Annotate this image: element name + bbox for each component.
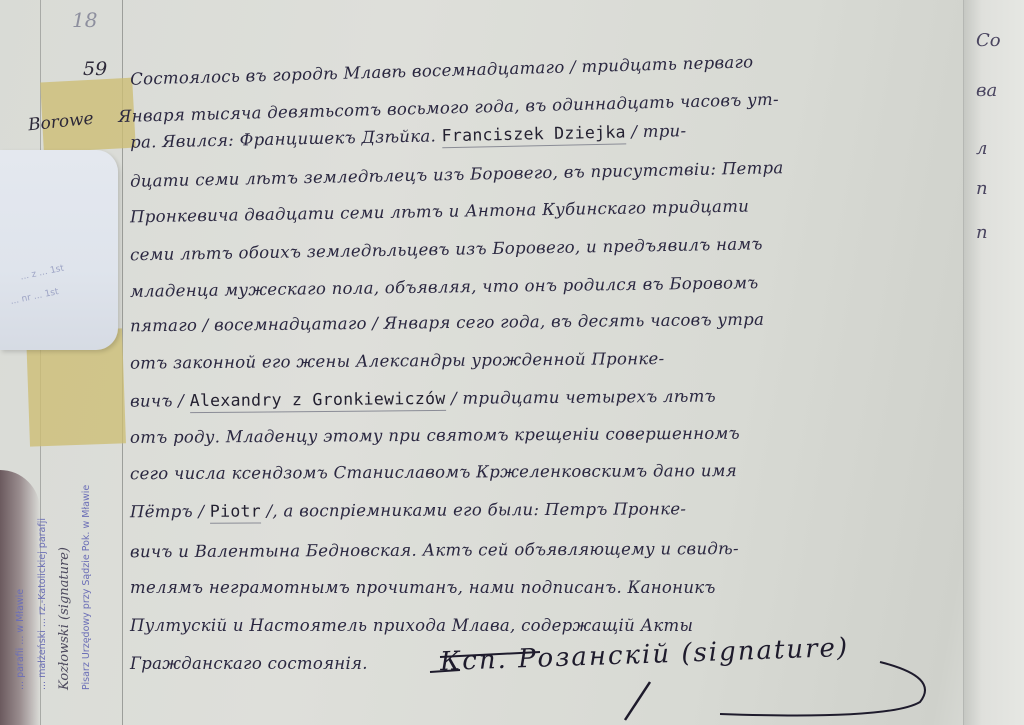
- entry-number: 59: [83, 58, 107, 80]
- official-stamp: ... parafii ... w Mławie ... małżeński .…: [10, 485, 98, 690]
- record-line: пятаго / восемнадцатаго / Января сего го…: [130, 308, 970, 336]
- facing-page-fragment: ва: [976, 80, 997, 101]
- facing-page-fragment: л: [976, 138, 987, 159]
- sticky-note-faint-text: ... nr ... 1st: [9, 287, 59, 307]
- facing-page-fragment: п: [976, 222, 988, 243]
- record-line: младенца мужескаго пола, объявляя, что о…: [130, 270, 970, 301]
- stamp-signature: Kozłowski (signature): [54, 485, 76, 690]
- record-line: отъ роду. Младенцу этому при святомъ кре…: [130, 422, 970, 447]
- facing-page-fragment: п: [976, 178, 988, 199]
- polish-name-gloss: Franciszek Dziejka: [441, 122, 626, 148]
- record-line: вичъ / Alexandry z Gronkiewiczów / тридц…: [130, 384, 970, 410]
- sticky-note: ... z ... 1st ... nr ... 1st: [0, 150, 118, 350]
- polish-name-gloss: Piotr: [210, 502, 261, 524]
- record-line: Пётръ / Piotr /, а воспріемниками его бы…: [130, 498, 970, 521]
- document-page: Со ва л п п ... z ... 1st ... nr ... 1st…: [0, 0, 1024, 725]
- stamp-line: Pisarz Urzędowy przy Sądzie Pok. w Mławi…: [76, 485, 98, 690]
- pencil-page-mark: 18: [72, 8, 97, 32]
- sticky-note-faint-text: ... z ... 1st: [19, 263, 65, 282]
- facing-page-edge: Со ва л п п: [964, 0, 1024, 725]
- polish-name-gloss: Alexandry z Gronkiewiczów: [190, 389, 446, 413]
- record-line: вичъ и Валентына Бедновская. Актъ сей об…: [130, 538, 970, 561]
- record-line: отъ законной его жены Александры урожден…: [130, 346, 970, 372]
- record-line: Состоялось въ городѣ Млавѣ восемнадцатаг…: [130, 46, 970, 88]
- record-line: семи лѣтъ обоихъ земледѣльцевъ изъ Боров…: [130, 231, 970, 265]
- record-line: дцати семи лѣтъ земледѣлецъ изъ Боровего…: [130, 154, 970, 191]
- record-line: сего числа ксендзомъ Станиславомъ Кржеле…: [130, 460, 970, 483]
- facing-page-fragment: Со: [976, 30, 1001, 51]
- record-line: Пронкевича двадцати семи лѣтъ и Антона К…: [130, 193, 970, 227]
- record-line: телямъ неграмотнымъ прочитанъ, нами подп…: [130, 578, 970, 597]
- stamp-line: ... małżeński ... rz.-Katolickiej parafj…: [32, 485, 54, 690]
- stamp-line: ... parafii ... w Mławie: [10, 485, 32, 690]
